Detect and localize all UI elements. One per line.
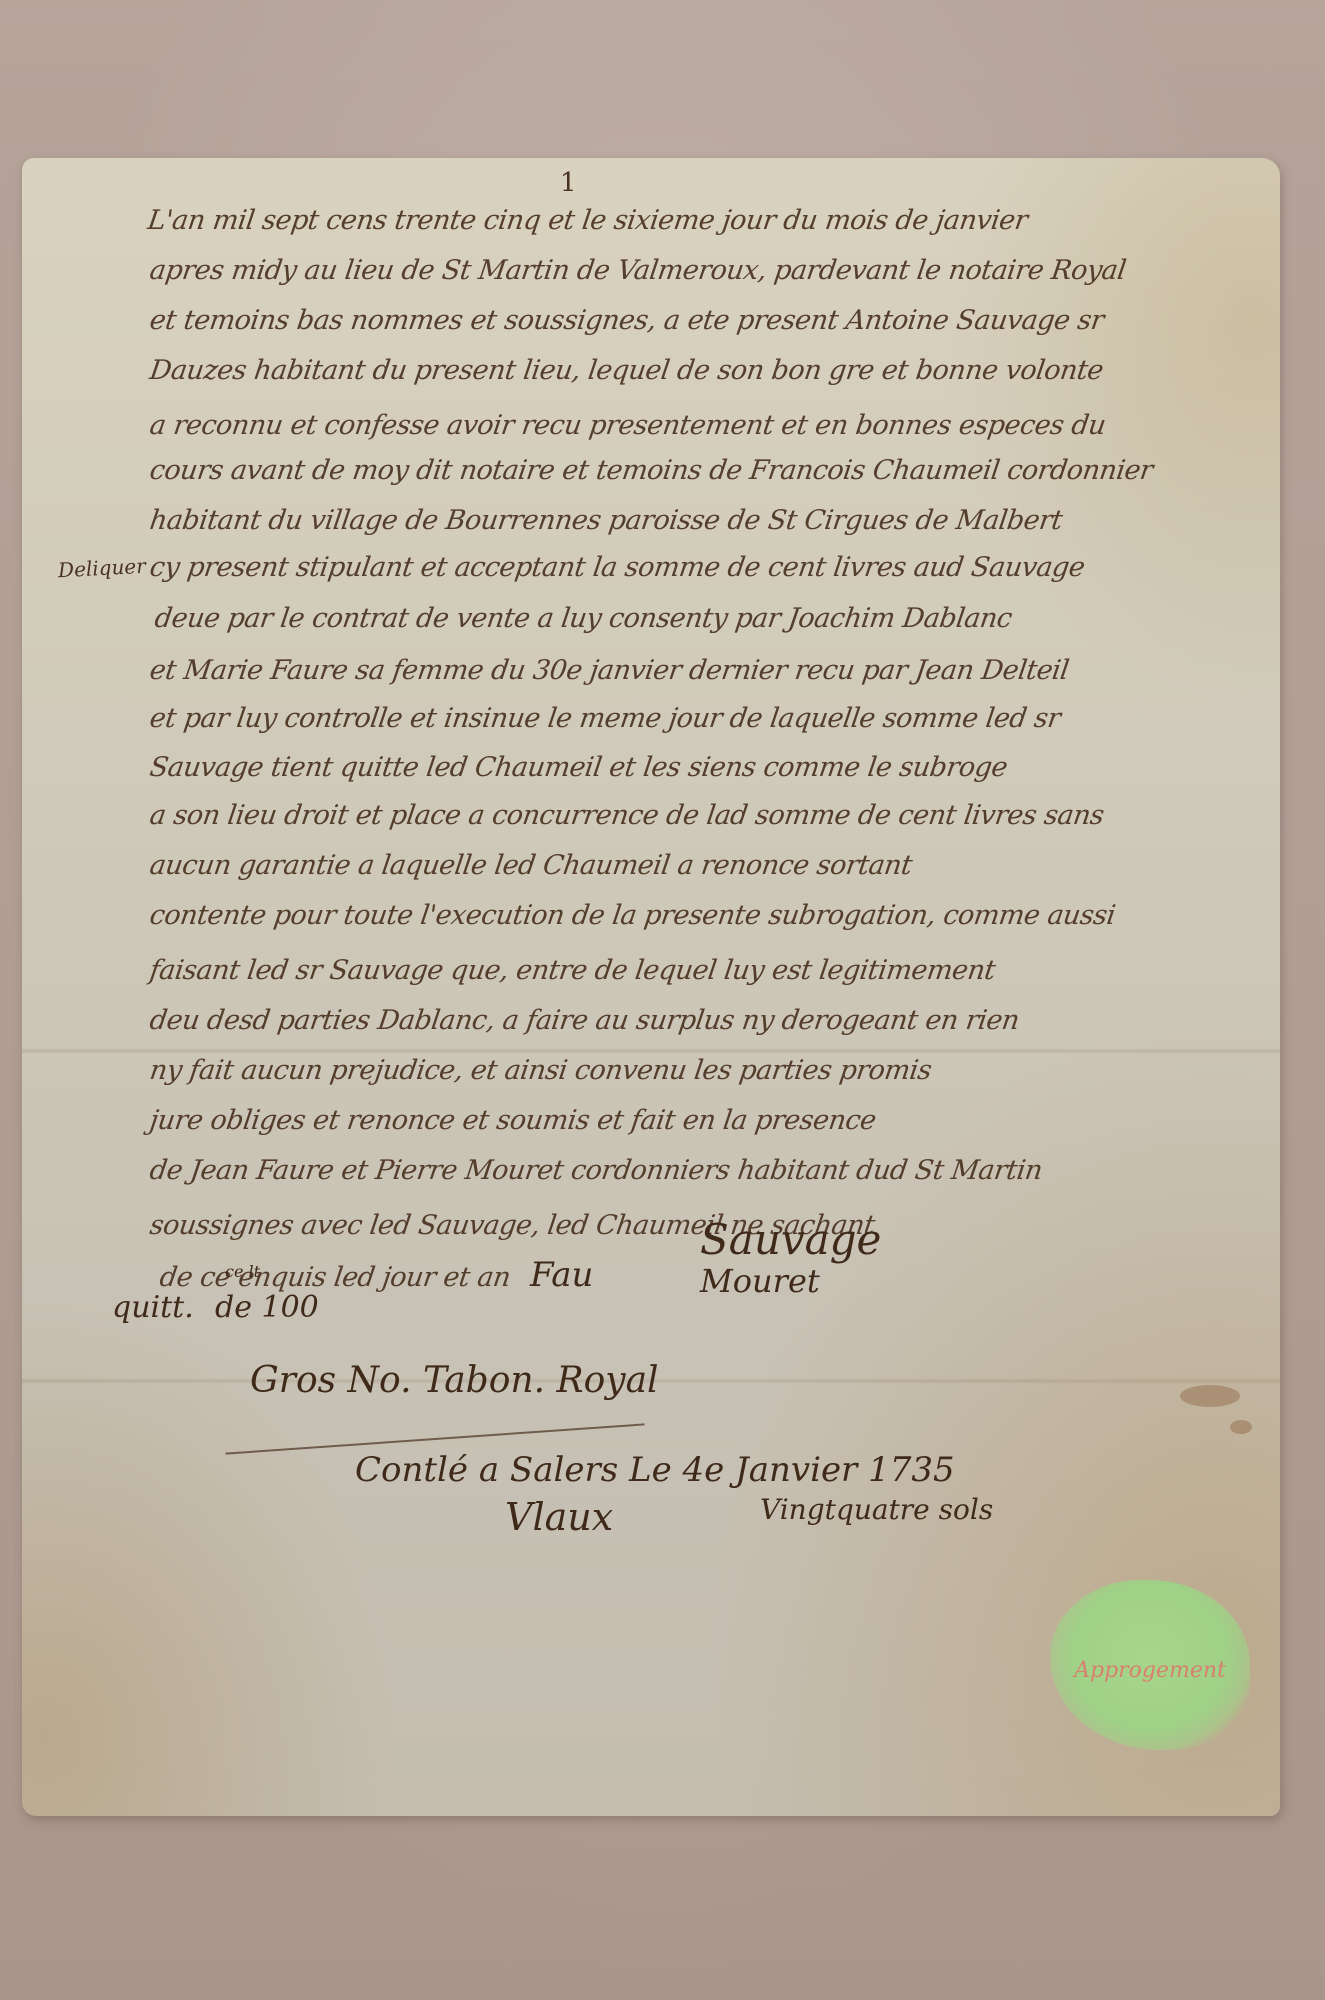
ink-stain (1230, 1420, 1252, 1434)
body-line: deu desd parties Dablanc, a faire au sur… (148, 1005, 1021, 1036)
control-signature: Vlaux (505, 1495, 613, 1539)
page-marker: 1 (560, 168, 577, 198)
signature-mouret: Mouret (700, 1262, 820, 1300)
body-line: L'an mil sept cens trente cinq et le six… (146, 205, 1030, 236)
body-line: de ce enquis led jour et an (158, 1262, 512, 1293)
body-line: et Marie Faure sa femme du 30e janvier d… (148, 655, 1071, 686)
control-fee: Vingtquatre sols (760, 1493, 993, 1526)
body-line: Dauzes habitant du present lieu, lequel … (148, 355, 1105, 386)
body-line: a reconnu et confesse avoir recu present… (148, 410, 1108, 441)
body-line: deue par le contrat de vente a luy conse… (153, 603, 1014, 634)
body-line: ny fait aucun prejudice, et ainsi conven… (148, 1055, 934, 1086)
control-note: Contlé a Salers Le 4e Janvier 1735 (355, 1450, 955, 1490)
manuscript-sheet (22, 158, 1280, 1816)
body-line: cours avant de moy dit notaire et temoin… (148, 455, 1155, 486)
body-line: de Jean Faure et Pierre Mouret cordonnie… (148, 1155, 1044, 1186)
body-line: habitant du village de Bourrennes parois… (148, 505, 1064, 536)
fee-superscript: ce lt (225, 1262, 260, 1281)
body-line: Sauvage tient quitte led Chaumeil et les… (148, 752, 1009, 783)
notary-signature: Gros No. Tabon. Royal (250, 1360, 659, 1401)
paper-fold (22, 1048, 1280, 1054)
body-line: aucun garantie a laquelle led Chaumeil a… (148, 850, 914, 881)
body-line: jure obliges et renonce et soumis et fai… (148, 1105, 878, 1136)
body-line: et par luy controlle et insinue le meme … (148, 703, 1063, 734)
body-line: contente pour toute l'execution de la pr… (148, 900, 1117, 931)
signature-sauvage: Sauvage (700, 1215, 881, 1264)
body-line: faisant led sr Sauvage que, entre de leq… (148, 955, 997, 986)
fee-label: quitt. (112, 1290, 194, 1325)
fee-value: de 100 (215, 1290, 319, 1325)
body-line: et temoins bas nommes et soussignes, a e… (148, 305, 1106, 336)
body-line: apres midy au lieu de St Martin de Valme… (148, 255, 1128, 286)
body-line: a son lieu droit et place a concurrence … (148, 800, 1106, 831)
signature-faure: Fau (530, 1255, 593, 1295)
body-line: cy present stipulant et acceptant la som… (148, 552, 1087, 583)
ink-stain (1180, 1385, 1240, 1407)
margin-note: Deliquer (57, 554, 146, 583)
stamp-text: Approgement (1055, 1658, 1245, 1683)
